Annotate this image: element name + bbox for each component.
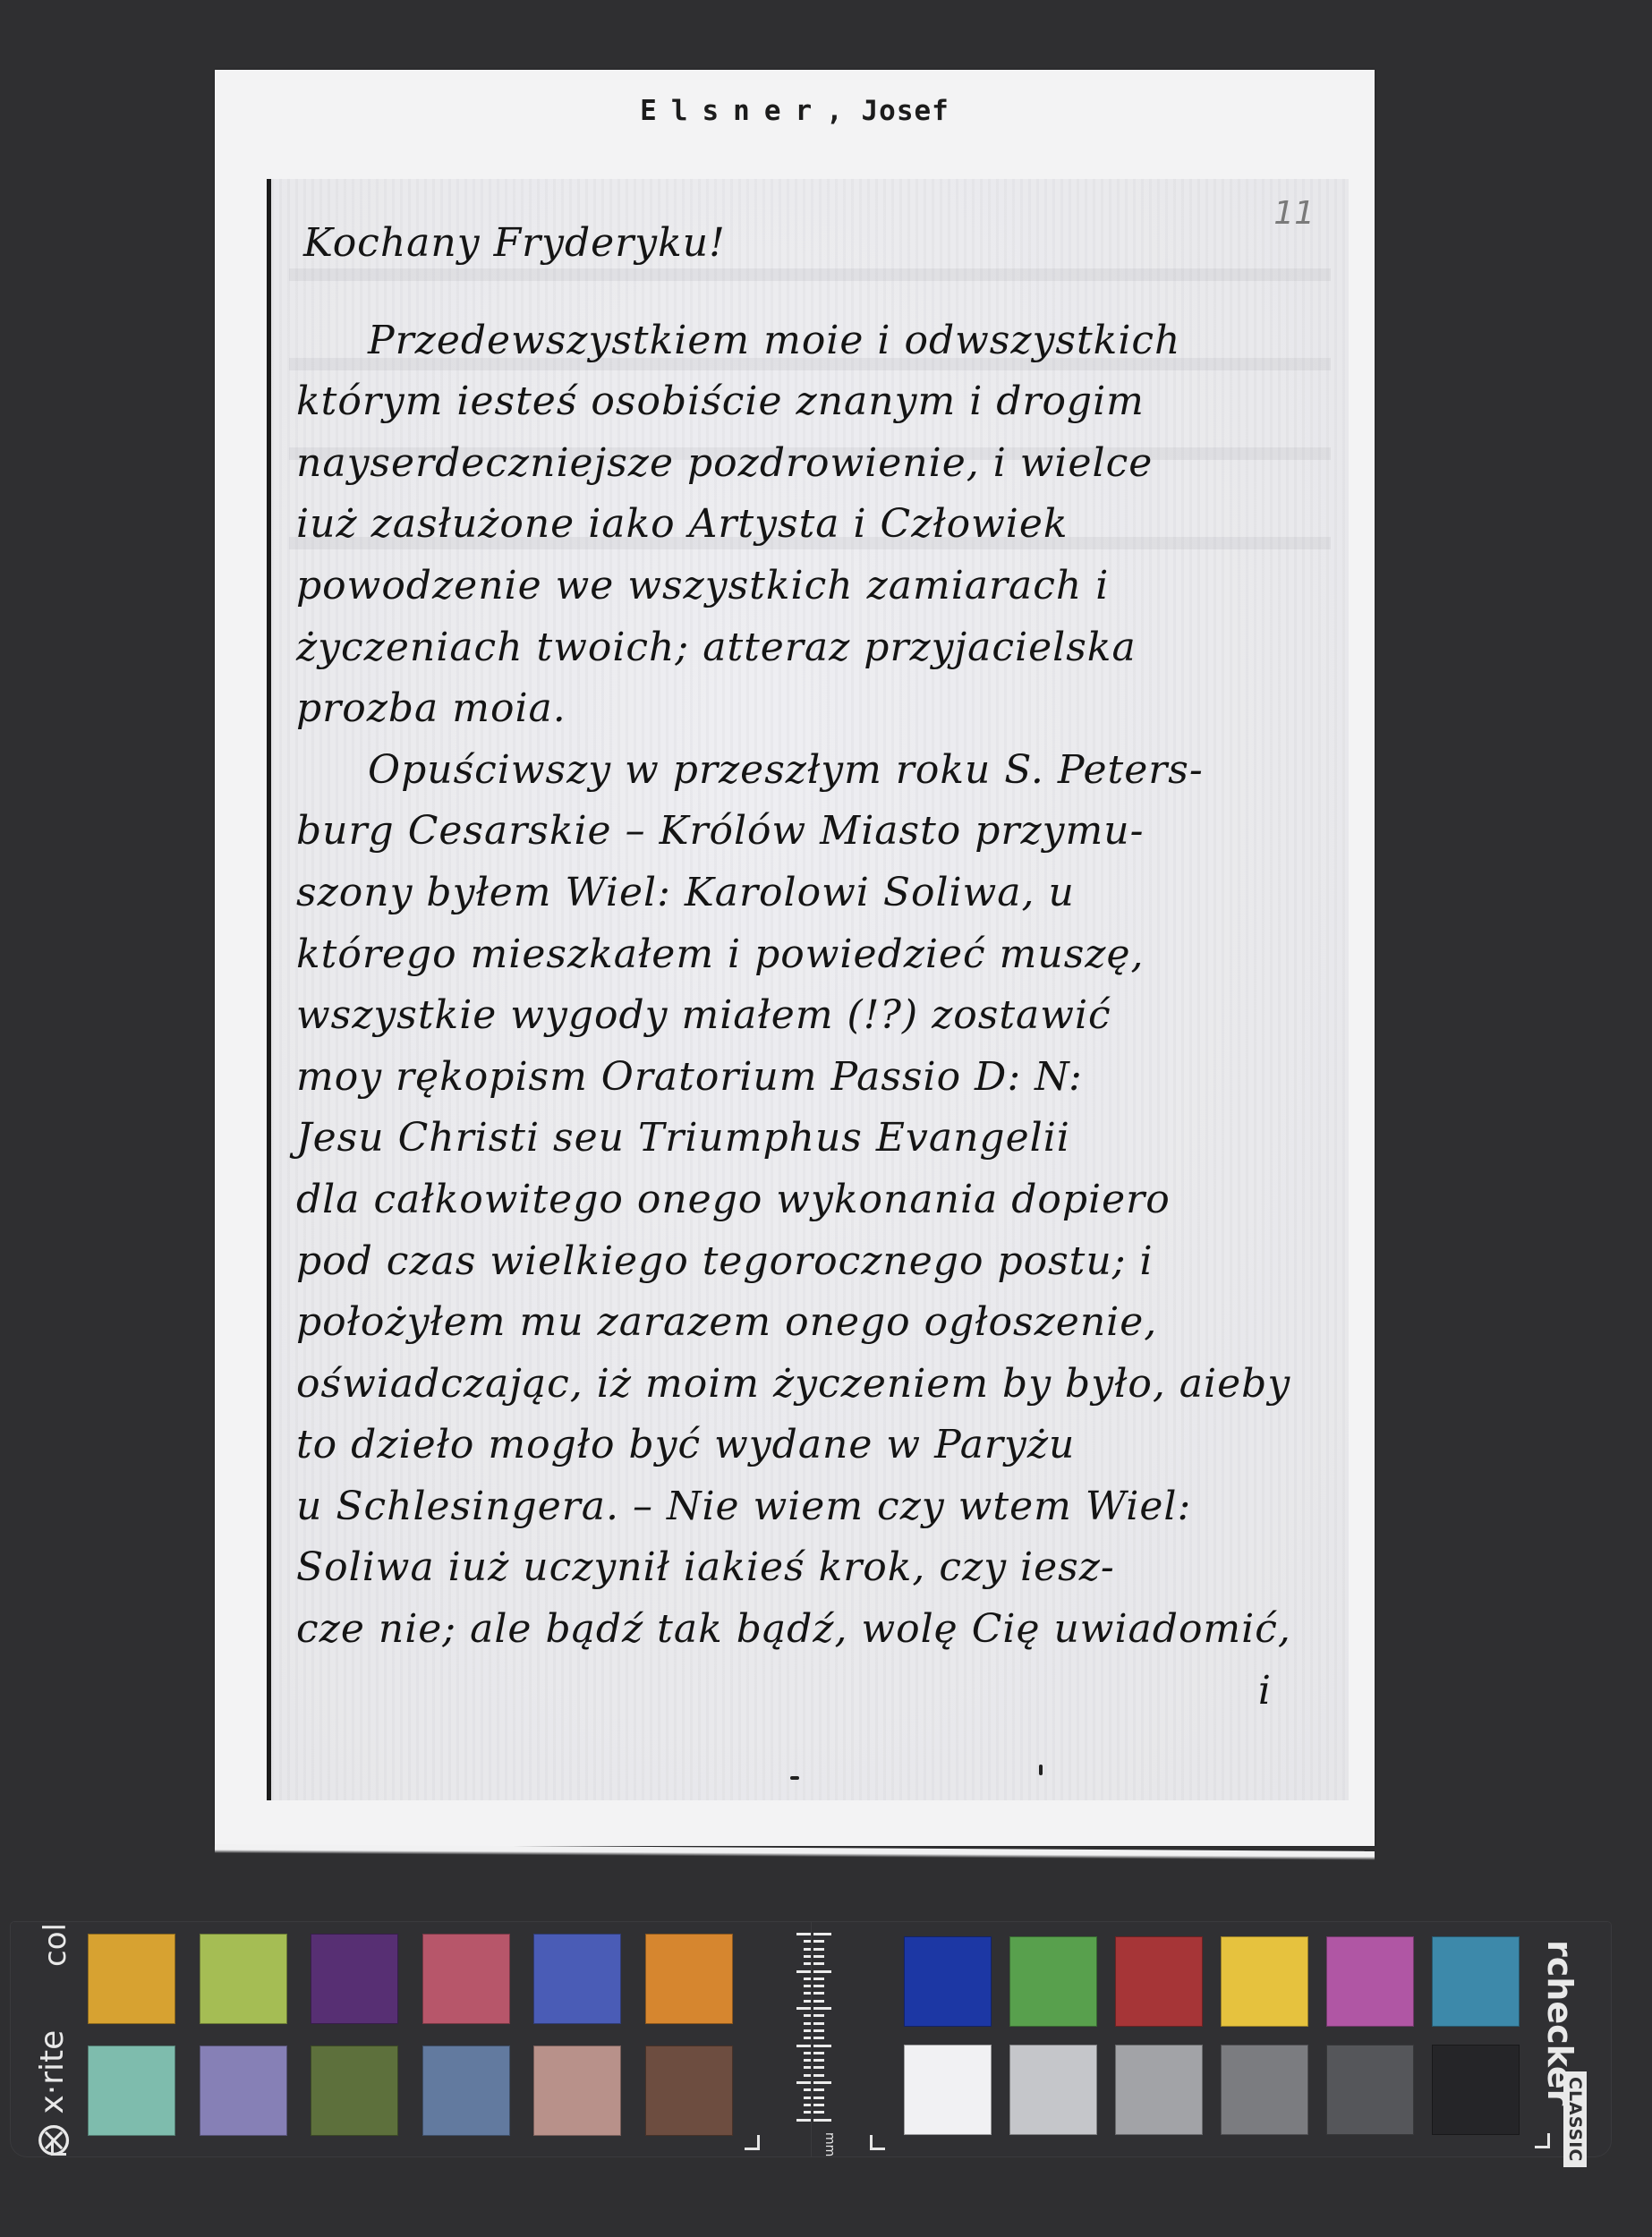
typed-title: Elsner, Josef (215, 95, 1375, 127)
ruler-tick (813, 2088, 824, 2091)
catchword: i (296, 1661, 1325, 1722)
ruler-tick (813, 1955, 824, 1958)
ruler-tick (813, 2059, 824, 2062)
letter-line: Soliwa iuż uczynił iakieś krok, czy iesz… (296, 1537, 1325, 1599)
color-swatch (1326, 1936, 1414, 2027)
color-swatch (1432, 1936, 1520, 2027)
classic-badge: CLASSIC (1563, 2071, 1587, 2167)
ruler-tick (813, 1940, 824, 1943)
letter-line: powodzenie we wszystkich zamiarach i (296, 556, 1325, 617)
color-swatch (1115, 1936, 1203, 2027)
typed-surname: Elsner (640, 95, 826, 127)
color-checker-left-panel: col ⨂ x·rite (11, 1922, 812, 2156)
letter-line: dla całkowitego onego wykonania dopiero (296, 1170, 1325, 1231)
handwritten-text: Kochany Fryderyku! Przedewszystkiem moie… (296, 213, 1325, 1722)
ruler-tick (813, 2007, 831, 2010)
color-swatch (88, 2046, 175, 2136)
ruler-tick (813, 2074, 824, 2077)
color-swatch (200, 1934, 287, 2024)
ruler-tick (813, 2081, 831, 2084)
ruler-tick (813, 1985, 824, 1987)
ruler-tick (813, 1970, 831, 1973)
corner-mark-icon (51, 2140, 66, 2156)
ruler-tick (813, 2097, 824, 2099)
color-swatch (1221, 2045, 1308, 2135)
letter-line: którym iesteś osobiście znanym i drogim (296, 371, 1325, 433)
ruler-scale (812, 1933, 839, 2139)
archival-photo-card: Elsner, Josef 11 Kochany Fryderyku! Prze… (215, 70, 1375, 1846)
xrite-logo: ⨂ x·rite (34, 2030, 71, 2156)
letter-line: szony byłem Wiel: Karolowi Soliwa, u (296, 863, 1325, 924)
typed-separator: , (826, 95, 844, 127)
letter-line: cze nie; ale bądź tak bądź, wolę Cię uwi… (296, 1599, 1325, 1661)
corner-mark-icon (870, 2135, 885, 2150)
letter-line: moy rękopism Oratorium Passio D: N: (296, 1047, 1325, 1109)
ruler-scale (788, 1933, 814, 2139)
stray-ink-mark (1039, 1765, 1043, 1775)
typed-given-name: Josef (862, 95, 949, 127)
ruler-tick (813, 2119, 831, 2122)
color-swatch (533, 1934, 621, 2024)
ruler-tick (813, 2104, 824, 2106)
letter-line: wszystkie wygody miałem (!?) zostawić (296, 985, 1325, 1047)
color-swatch (1009, 2045, 1097, 2135)
color-swatch (88, 1934, 175, 2024)
color-swatch (200, 2046, 287, 2136)
ruler-tick (813, 2052, 824, 2054)
ruler-tick (813, 1978, 824, 1980)
letter-line: pod czas wielkiego tegorocznego postu; i (296, 1231, 1325, 1293)
ruler-tick (813, 2111, 824, 2114)
ruler-tick (813, 1933, 831, 1935)
stray-ink-mark (790, 1776, 799, 1780)
letter-line: u Schlesingera. – Nie wiem czy wtem Wiel… (296, 1476, 1325, 1538)
letter-line: Opuściwszy w przeszłym roku S. Peters- (296, 740, 1325, 802)
letter-line: Przedewszystkiem moie i odwszystkich (296, 310, 1325, 372)
color-swatch (1009, 1936, 1097, 2027)
letter-line: życzeniach twoich; atteraz przyjacielska (296, 617, 1325, 679)
ruler-unit-label: mm (822, 2132, 837, 2156)
color-swatch (645, 1934, 733, 2024)
salutation: Kochany Fryderyku! (303, 213, 1325, 275)
letter-line: Jesu Christi seu Triumphus Evangelii (296, 1108, 1325, 1170)
color-swatch (311, 1934, 398, 2024)
color-swatch (311, 2046, 398, 2136)
color-swatch (422, 2046, 510, 2136)
xrite-brand-text: x·rite (34, 2030, 71, 2114)
ruler-tick (813, 2014, 824, 2017)
color-swatch (1326, 2045, 1414, 2135)
letter-line: nayserdeczniejsze pozdrowienie, i wielce (296, 433, 1325, 495)
manuscript-letter: 11 Kochany Fryderyku! Przedewszystkiem m… (267, 179, 1349, 1800)
color-swatch (1432, 2045, 1520, 2135)
ruler-tick (813, 1962, 824, 1965)
ruler-tick (813, 2045, 831, 2047)
ruler-tick (813, 1992, 824, 1995)
color-swatch (422, 1934, 510, 2024)
letter-line: burg Cesarskie – Królów Miasto przymu- (296, 801, 1325, 863)
color-swatch (1221, 1936, 1308, 2027)
color-swatch (904, 2045, 992, 2135)
checker-label-partial: col (38, 1923, 73, 1967)
letter-line: położyłem mu zarazem onego ogłoszenie, (296, 1292, 1325, 1354)
ruler-tick (813, 2037, 824, 2039)
letter-line: oświadczając, iż moim życzeniem by było,… (296, 1354, 1325, 1416)
letter-line: iuż zasłużone iako Artysta i Człowiek (296, 494, 1325, 556)
ruler-tick (813, 2022, 824, 2025)
ruler-tick (813, 1948, 824, 1951)
letter-line: to dzieło mogło być wydane w Paryżu (296, 1415, 1325, 1476)
ruler-tick (813, 2000, 824, 2003)
letter-line: prozba moia. (296, 678, 1325, 740)
color-swatch (1115, 2045, 1203, 2135)
color-swatch (904, 1936, 992, 2027)
letter-line: którego mieszkałem i powiedzieć muszę, (296, 924, 1325, 986)
corner-mark-icon (1535, 2133, 1550, 2148)
ruler-tick (813, 2066, 824, 2069)
color-swatch (645, 2046, 733, 2136)
color-swatch (533, 2046, 621, 2136)
color-checker-right-panel: mm rchecker CLASSIC (812, 1922, 1611, 2156)
ruler-tick (813, 2029, 824, 2032)
corner-mark-icon (745, 2135, 760, 2150)
